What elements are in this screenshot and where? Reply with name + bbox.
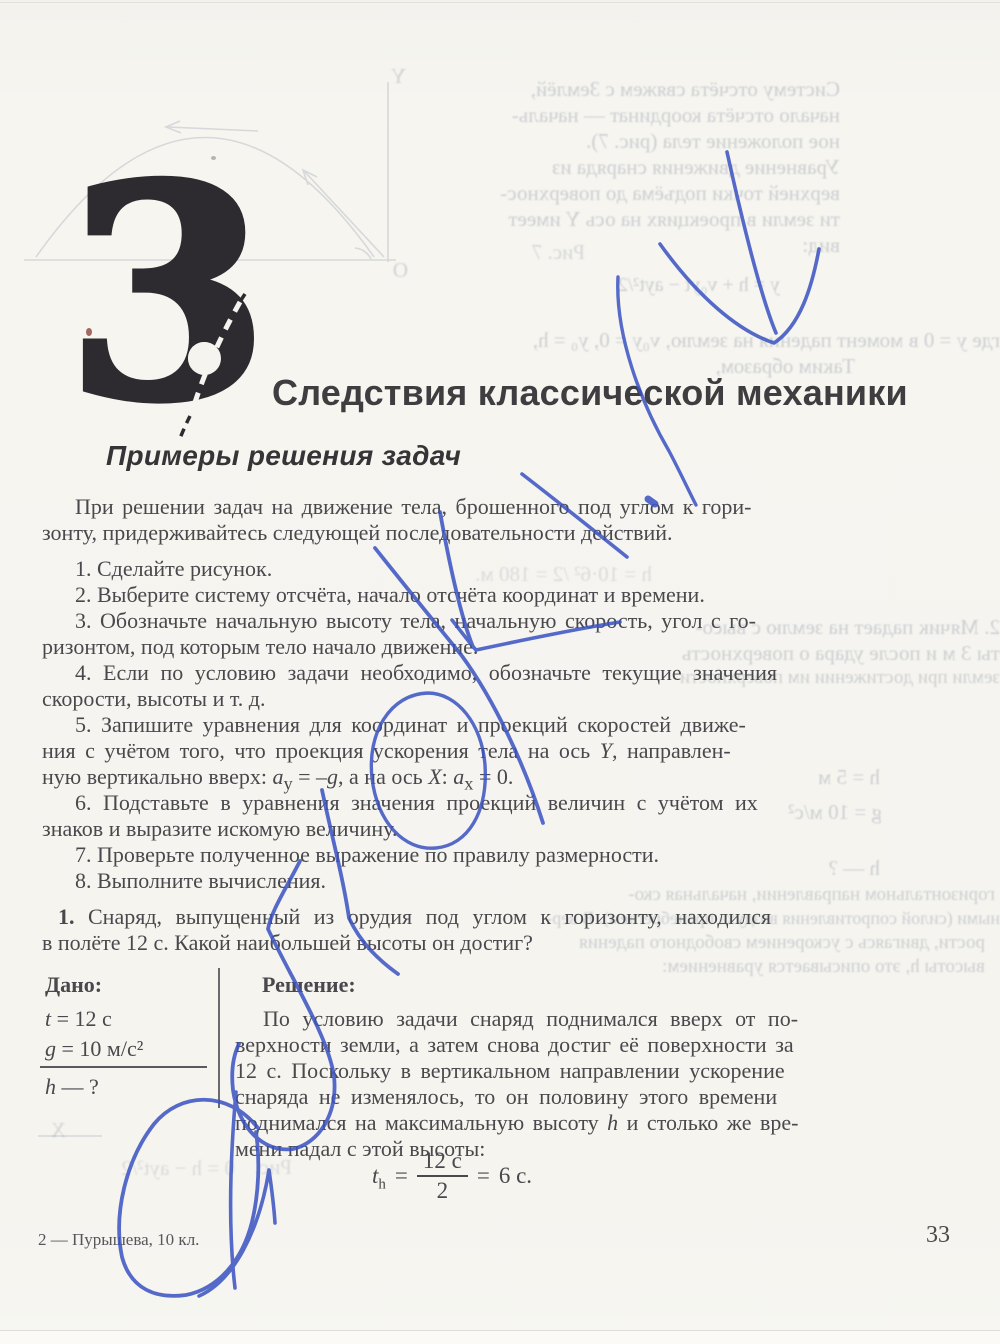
bleedthrough-text: Рис. 7 xyxy=(505,240,585,265)
bleedthrough-text: 0 = h − aуt²/2 xyxy=(55,1156,235,1181)
bleedthrough-text: где y = 0 в момент падения на землю, v₀y… xyxy=(614,328,1000,353)
formula-result: 6 с. xyxy=(499,1163,532,1189)
step-line: 2. Выберите систему отсчёта, начало отсч… xyxy=(42,582,942,608)
chapter-title: Следствия классической механики xyxy=(272,372,908,414)
given-find: h — ? xyxy=(45,1074,99,1100)
chapter-ball-ornament xyxy=(188,342,221,375)
textbook-page-scan: Систему отсчёта свяжем с Землёй,начало о… xyxy=(0,0,1000,1344)
step-line: 5. Запишите уравнения для координат и пр… xyxy=(42,712,942,738)
bleedthrough-text: O xyxy=(382,258,408,283)
bleedthrough-text: Систему отсчёта свяжем с Землёй, xyxy=(455,77,840,102)
step-line: 8. Выполните вычисления. xyxy=(42,868,942,894)
intro-line: зонту, придерживайтесь следующей последо… xyxy=(42,520,942,546)
step-line: скорости, высоты и т. д. xyxy=(42,686,942,712)
bleedthrough-text: ное положение тела (рис. 7). xyxy=(455,129,840,154)
solution-line: 12 с. Поскольку в вертикальном направлен… xyxy=(235,1058,925,1084)
page-number: 33 xyxy=(926,1222,950,1249)
formula-numerator: 12 с xyxy=(417,1148,468,1177)
formula-equals: = xyxy=(395,1163,408,1189)
formula-lhs: th xyxy=(372,1163,386,1189)
section-title: Примеры решения задач xyxy=(106,440,461,472)
step-line: ризонтом, под которым тело начало движен… xyxy=(42,634,942,660)
step-line: 3. Обозначьте начальную высоту тела, нач… xyxy=(42,608,942,634)
formula-denominator: 2 xyxy=(437,1177,449,1204)
formula-time-of-rise: th = 12 с 2 = 6 с. xyxy=(372,1148,532,1205)
given-block: Дано: t = 12 с g = 10 м/с² xyxy=(45,972,215,1064)
step-line: 7. Проверьте полученное выражение по пра… xyxy=(42,842,942,868)
step-line: знаков и выразите искомую величину. xyxy=(42,816,942,842)
bleedthrough-text: начало отсчёта координат — началь- xyxy=(455,103,840,128)
solution-label: Решение: xyxy=(262,972,356,998)
chapter-number: 3 xyxy=(66,148,265,440)
step-line: ную вертикально вверх: ay = –g, а на ось… xyxy=(42,764,942,790)
solution-line: поднимался на максимальную высоту h и ст… xyxy=(235,1110,925,1136)
bleedthrough-text: высоты h, это описывается уравнением: xyxy=(625,956,985,978)
formula-fraction: 12 с 2 xyxy=(417,1148,468,1205)
bleedthrough-text: Y xyxy=(380,64,406,89)
bleedthrough-text: ти земли в проекциях на ось Y имеет xyxy=(455,207,840,232)
step-line: 6. Подставьте в уравнения значения проек… xyxy=(42,790,942,816)
given-solution-divider xyxy=(218,968,220,1108)
problem-statement: 1. Снаряд, выпущенный из орудия под угло… xyxy=(42,904,952,956)
solution-line: снаряда не изменялось, то он половину эт… xyxy=(235,1084,925,1110)
given-rule xyxy=(40,1066,207,1068)
footer-imprint: 2 — Пурышева, 10 кл. xyxy=(38,1230,199,1250)
bleedthrough-text: y = h + v₀yt − aуt²/2 xyxy=(480,274,780,297)
step-line: 1. Сделайте рисунок. xyxy=(42,556,942,582)
solution-line: мени падал с этой высоты: xyxy=(235,1136,925,1162)
given-label: Дано: xyxy=(45,972,215,998)
given-line: g = 10 м/с² xyxy=(45,1034,215,1064)
problem-line: в полёте 12 с. Какой наибольшей высоты о… xyxy=(42,930,952,956)
formula-equals: = xyxy=(477,1163,490,1189)
intro-paragraph: При решении задач на движение тела, брош… xyxy=(42,494,942,546)
step-line: ния с учётом того, что проекция ускорени… xyxy=(42,738,942,764)
intro-line: При решении задач на движение тела, брош… xyxy=(42,494,942,520)
solution-paragraph: По условию задачи снаряд поднимался ввер… xyxy=(235,1006,925,1162)
solution-line: По условию задачи снаряд поднимался ввер… xyxy=(235,1006,925,1032)
solution-line: верхности земли, а затем снова достиг её… xyxy=(235,1032,925,1058)
step-line: 4. Если по условию задачи необходимо, об… xyxy=(42,660,942,686)
bleedthrough-text: X xyxy=(36,1118,66,1143)
steps-list: 1. Сделайте рисунок. 2. Выберите систему… xyxy=(42,556,942,894)
bleedthrough-text: верхней точки подъёма до поверхнос- xyxy=(455,181,840,206)
given-line: t = 12 с xyxy=(45,1004,215,1034)
problem-line: 1. Снаряд, выпущенный из орудия под угло… xyxy=(42,904,952,930)
bleedthrough-text: Уравнение движения снаряда из xyxy=(455,155,840,180)
